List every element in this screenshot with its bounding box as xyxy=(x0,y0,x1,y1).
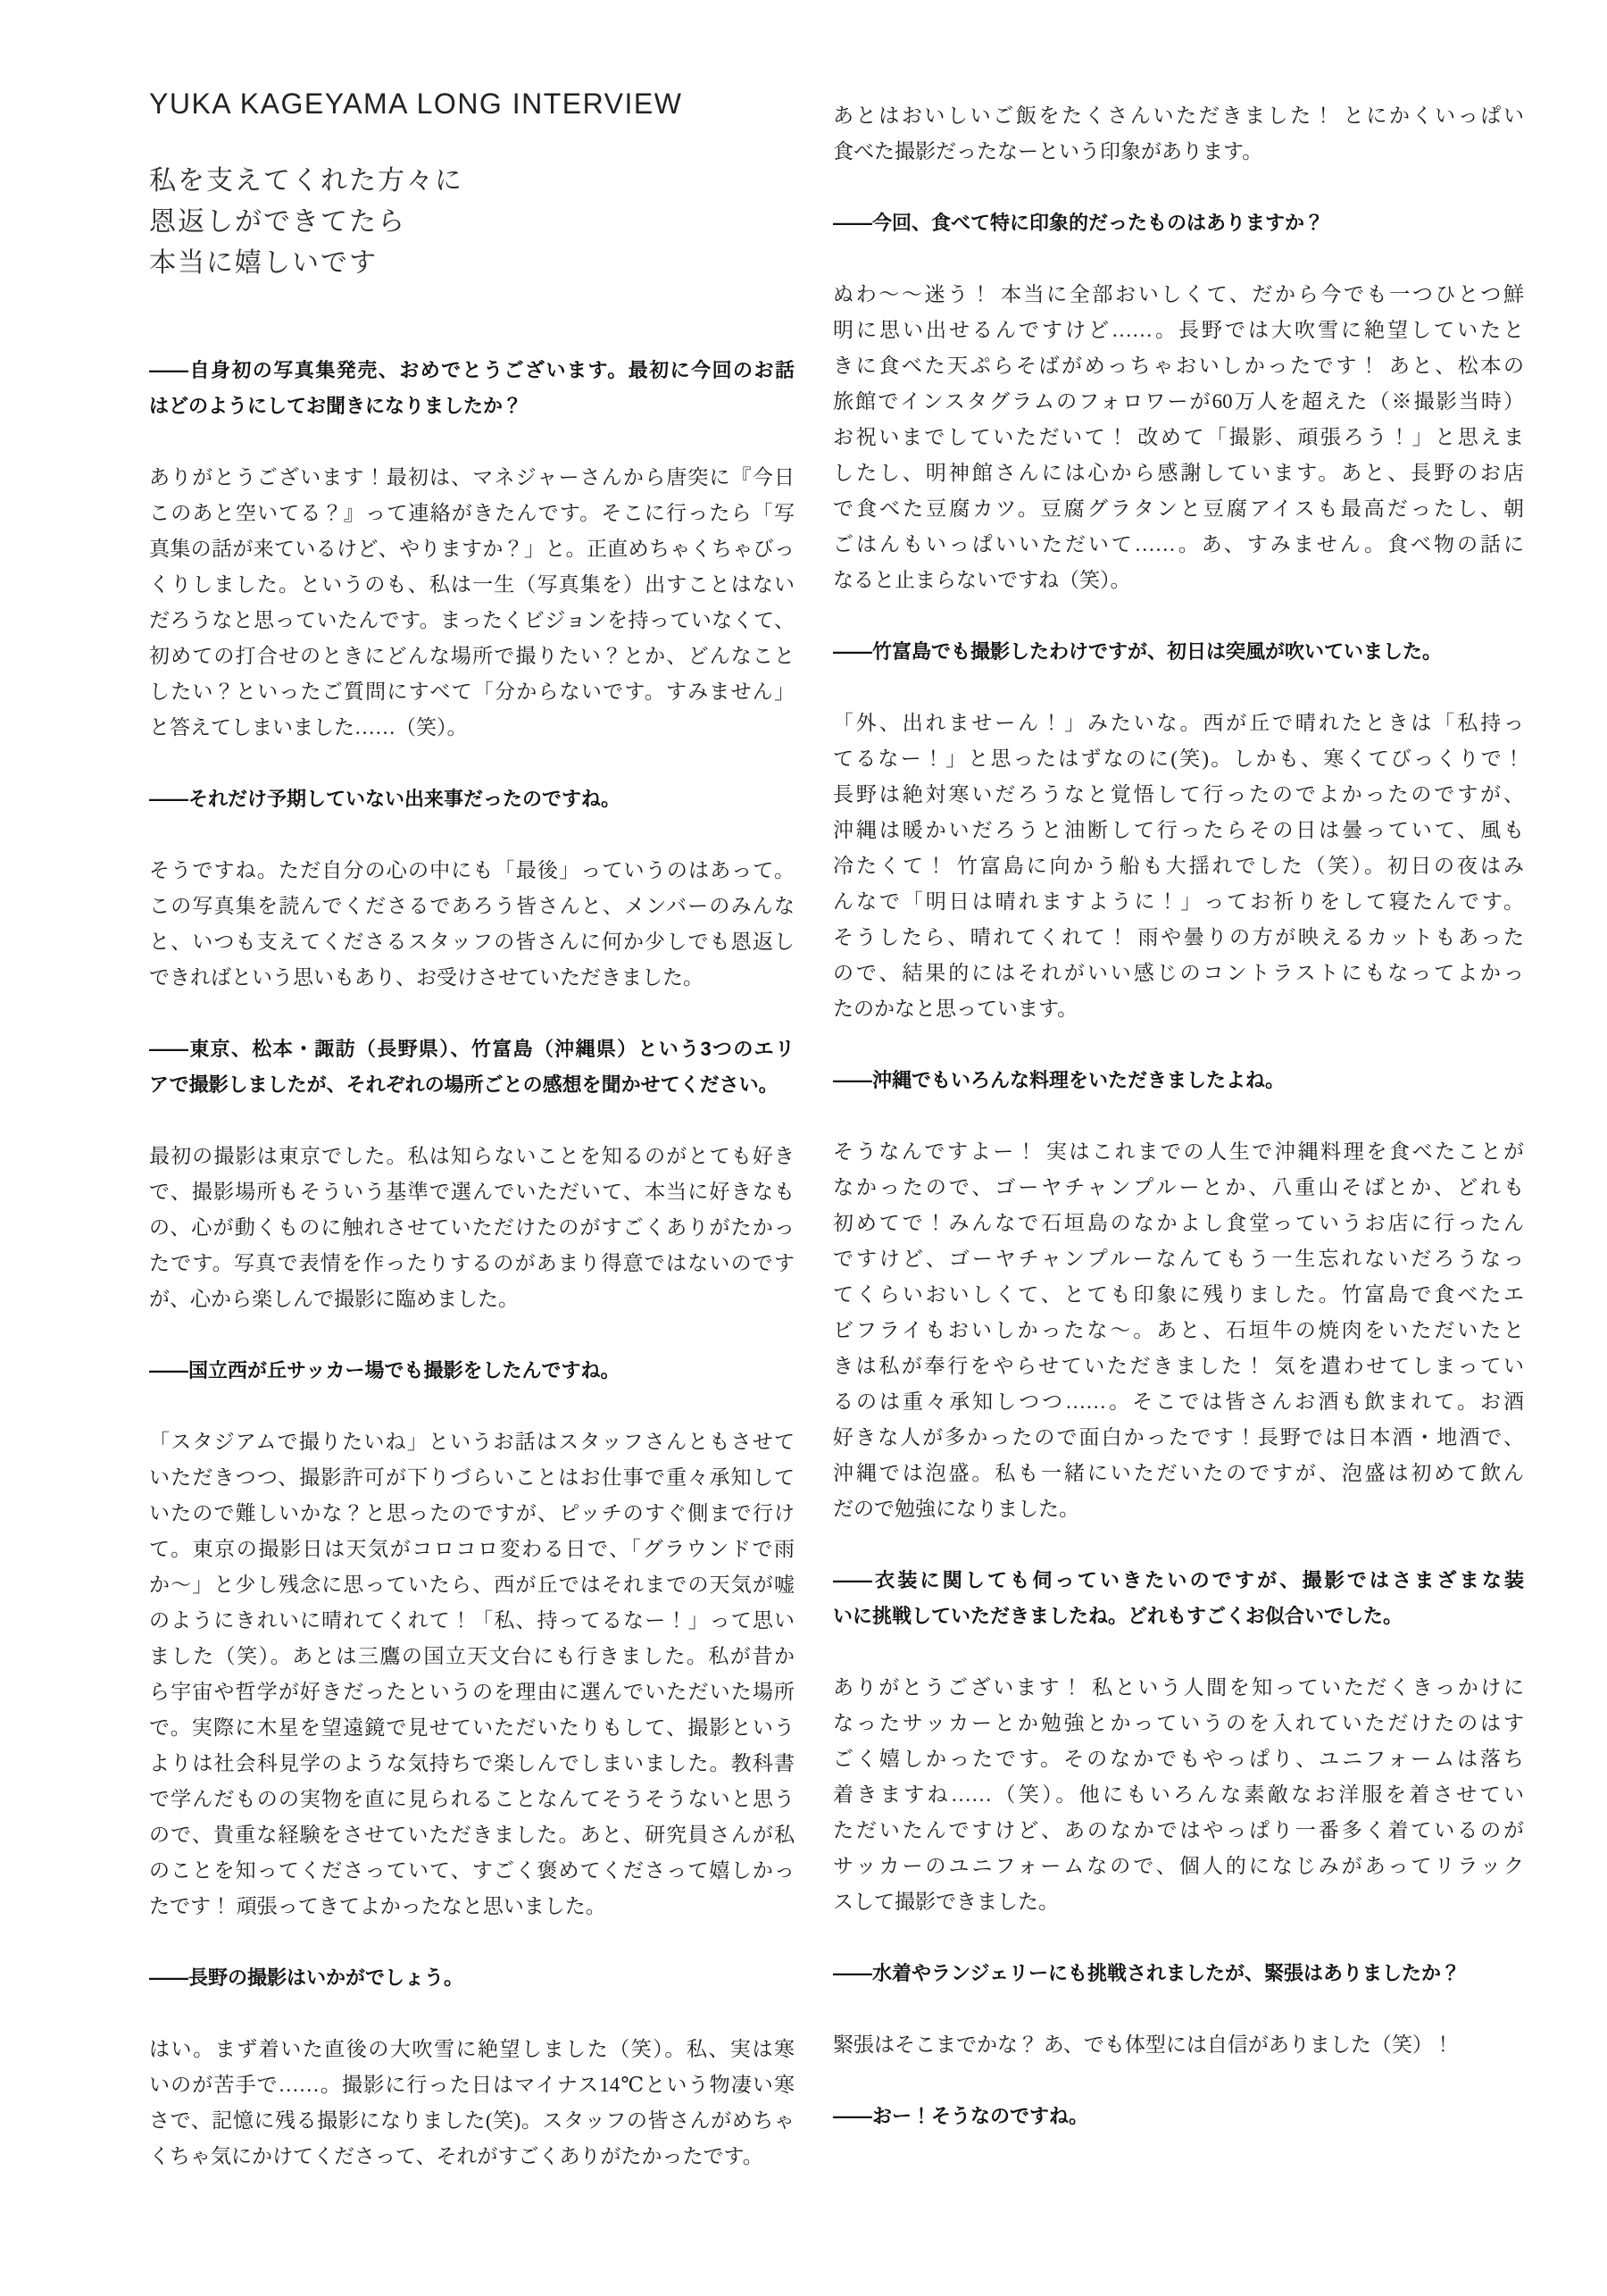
text-line: 真集の話が来ているけど、やりますか？」と。正直めちゃくちゃびっ xyxy=(149,531,795,567)
text-line: るのは重々承知しつつ……。そこでは皆さんお酒も飲まれて。お酒 xyxy=(833,1384,1524,1420)
text-line: 最初の撮影は東京でした。私は知らないことを知るのがとても好き xyxy=(149,1139,795,1174)
text-line: 冷たくて！ 竹富島に向かう船も大揺れでした（笑）。初日の夜はみ xyxy=(833,848,1524,884)
interview-answer: ぬわ～～迷う！ 本当に全部おいしくて、だから今でも一つひとつ鮮明に思い出せるんで… xyxy=(833,277,1524,598)
text-line: ——おー！そうなのですね。 xyxy=(833,2099,1524,2134)
text-line: で学んだものの実物を直に見られることなんてそうそうないと思う xyxy=(149,1782,795,1817)
text-line: くりしました。というのも、私は一生（写真集を）出すことはない xyxy=(149,567,795,603)
text-line: ——東京、松本・諏訪（長野県）、竹富島（沖縄県）という3つのエリ xyxy=(149,1031,795,1067)
text-line: さで、記憶に残る撮影になりました(笑)。スタッフの皆さんがめちゃ xyxy=(149,2103,795,2139)
text-line: このあと空いてる？』って連絡がきたんです。そこに行ったら「写 xyxy=(149,496,795,531)
text-line: と答えてしまいました……（笑）。 xyxy=(149,710,795,746)
text-line: きは私が奉行をやらせていただきました！ 気を遣わせてしまってい xyxy=(833,1348,1524,1384)
text-line: したし、明神館さんには心から感謝しています。あと、長野のお店 xyxy=(833,455,1524,491)
text-line: ら宇宙や哲学が好きだったというのを理由に選んでいただいた場所 xyxy=(149,1674,795,1710)
text-line: が、心から楽しんで撮影に臨めました。 xyxy=(149,1282,795,1317)
text-line: だろうなと思っていたんです。まったくビジョンを持っていなくて、 xyxy=(149,603,795,639)
text-line: そうですね。ただ自分の心の中にも「最後」っていうのはあって。 xyxy=(149,853,795,889)
text-line: たのかなと思っています。 xyxy=(833,991,1524,1027)
interview-answer: あとはおいしいご飯をたくさんいただきました！ とにかくいっぱい食べた撮影だったな… xyxy=(833,98,1524,170)
interview-question: ——衣装に関しても伺っていきたいのですが、撮影ではさまざまな装いに挑戦していただ… xyxy=(833,1563,1524,1634)
text-line: あとはおいしいご飯をたくさんいただきました！ とにかくいっぱい xyxy=(833,98,1524,134)
right-column-text: あとはおいしいご飯をたくさんいただきました！ とにかくいっぱい食べた撮影だったな… xyxy=(833,98,1524,2134)
interview-answer: はい。まず着いた直後の大吹雪に絶望しました（笑）。私、実は寒いのが苦手で……。撮… xyxy=(149,2032,795,2175)
text-line: ただいたんですけど、あのなかではやっぱり一番多く着ているのが xyxy=(833,1813,1524,1849)
text-line: ——水着やランジェリーにも挑戦されましたが、緊張はありましたか？ xyxy=(833,1956,1524,1991)
interview-question: ——それだけ予期していない出来事だったのですね。 xyxy=(149,781,795,817)
interview-answer: そうなんですよー！ 実はこれまでの人生で沖縄料理を食べたことがなかったので、ゴー… xyxy=(833,1134,1524,1527)
text-line: てるなー！」と思ったはずなのに(笑)。しかも、寒くてびっくりで！ xyxy=(833,741,1524,777)
text-line: アで撮影しましたが、それぞれの場所ごとの感想を聞かせてください。 xyxy=(149,1067,795,1103)
interview-answer: 最初の撮影は東京でした。私は知らないことを知るのがとても好きで、撮影場所もそうい… xyxy=(149,1139,795,1317)
headline: 私を支えてくれた方々に 恩返しができてたら 本当に嬉しいです xyxy=(149,161,795,284)
text-line: たです。写真で表情を作ったりするのがあまり得意ではないのです xyxy=(149,1246,795,1282)
text-line: 初めてで！みんなで石垣島のなかよし食堂っていうお店に行ったん xyxy=(833,1206,1524,1241)
text-line: ——今回、食べて特に印象的だったものはありますか？ xyxy=(833,205,1524,241)
text-line: なかったので、ゴーヤチャンプルーとか、八重山そばとか、どれも xyxy=(833,1170,1524,1206)
text-line: ビフライもおいしかったな～。あと、石垣牛の焼肉をいただいたと xyxy=(833,1313,1524,1348)
text-line: ですけど、ゴーヤチャンプルーなんてもう一生忘れないだろうなっ xyxy=(833,1241,1524,1277)
text-line: だので勉強になりました。 xyxy=(833,1491,1524,1527)
text-line: ので、貴重な経験をさせていただきました。あと、研究員さんが私 xyxy=(149,1817,795,1853)
text-line: ぬわ～～迷う！ 本当に全部おいしくて、だから今でも一つひとつ鮮 xyxy=(833,277,1524,313)
left-column: YUKA KAGEYAMA LONG INTERVIEW 私を支えてくれた方々に… xyxy=(149,0,795,2175)
text-line: 沖縄は暖かいだろうと油断して行ったらその日は曇っていて、風も xyxy=(833,813,1524,848)
text-line: いに挑戦していただきましたね。どれもすごくお似合いでした。 xyxy=(833,1599,1524,1634)
text-line: なると止まらないですね（笑）。 xyxy=(833,563,1524,598)
text-line: 沖縄では泡盛。私も一緒にいただいたのですが、泡盛は初めて飲ん xyxy=(833,1456,1524,1491)
text-line: のことを知ってくださっていて、すごく褒めてくださって嬉しかっ xyxy=(149,1853,795,1889)
text-line: くちゃ気にかけてくださって、それがすごくありがたかったです。 xyxy=(149,2139,795,2175)
text-line: ——国立西が丘サッカー場でも撮影をしたんですね。 xyxy=(149,1353,795,1389)
text-line: 明に思い出せるんですけど……。長野では大吹雪に絶望していたと xyxy=(833,313,1524,348)
text-line: ——衣装に関しても伺っていきたいのですが、撮影ではさまざまな装 xyxy=(833,1563,1524,1599)
interview-answer: そうですね。ただ自分の心の中にも「最後」っていうのはあって。この写真集を読んでく… xyxy=(149,853,795,996)
interview-question: ——水着やランジェリーにも挑戦されましたが、緊張はありましたか？ xyxy=(833,1956,1524,1991)
text-line: ——長野の撮影はいかがでしょう。 xyxy=(149,1960,795,1996)
text-line: ——それだけ予期していない出来事だったのですね。 xyxy=(149,781,795,817)
text-line: この写真集を読んでくださるであろう皆さんと、メンバーのみんな xyxy=(149,889,795,924)
text-line: ——竹富島でも撮影したわけですが、初日は突風が吹いていました。 xyxy=(833,634,1524,670)
right-column: あとはおいしいご飯をたくさんいただきました！ とにかくいっぱい食べた撮影だったな… xyxy=(833,0,1524,2134)
text-line: 初めての打合せのときにどんな場所で撮りたい？とか、どんなこと xyxy=(149,639,795,674)
headline-line: 恩返しができてたら xyxy=(149,202,795,243)
text-line: 旅館でインスタグラムのフォロワーが60万人を超えた（※撮影当時） xyxy=(833,384,1524,420)
text-line: たです！ 頑張ってきてよかったなと思いました。 xyxy=(149,1889,795,1924)
text-line: ので、結果的にはそれがいい感じのコントラストにもなってよかっ xyxy=(833,956,1524,991)
interview-question: ——竹富島でも撮影したわけですが、初日は突風が吹いていました。 xyxy=(833,634,1524,670)
interview-question: ——国立西が丘サッカー場でも撮影をしたんですね。 xyxy=(149,1353,795,1389)
interview-question: ——沖縄でもいろんな料理をいただきましたよね。 xyxy=(833,1063,1524,1098)
headline-line: 本当に嬉しいです xyxy=(149,243,795,284)
text-line: ありがとうございます！ 私という人間を知っていただくきっかけに xyxy=(833,1670,1524,1706)
interview-question: ——おー！そうなのですね。 xyxy=(833,2099,1524,2134)
text-line: きに食べた天ぷらそばがめっちゃおいしかったです！ あと、松本の xyxy=(833,348,1524,384)
interview-answer: 緊張はそこまでかな？ あ、でも体型には自信がありました（笑）！ xyxy=(833,2027,1524,2063)
headline-line: 私を支えてくれた方々に xyxy=(149,161,795,202)
text-line: のようにきれいに晴れてくれて！「私、持ってるなー！」って思い xyxy=(149,1603,795,1639)
interview-question: ——今回、食べて特に印象的だったものはありますか？ xyxy=(833,205,1524,241)
interview-question: ——自身初の写真集発売、おめでとうございます。最初に今回のお話はどのようにしてお… xyxy=(149,353,795,424)
text-line: いただきつつ、撮影許可が下りづらいことはお仕事で重々承知して xyxy=(149,1460,795,1496)
text-line: で、撮影場所もそういう基準で選んでいただいて、本当に好きなも xyxy=(149,1174,795,1210)
text-line: ごく嬉しかったです。そのなかでもやっぱり、ユニフォームは落ち xyxy=(833,1741,1524,1777)
text-line: ありがとうございます！最初は、マネジャーさんから唐突に『今日 xyxy=(149,460,795,496)
interview-page: YUKA KAGEYAMA LONG INTERVIEW 私を支えてくれた方々に… xyxy=(0,0,1607,2296)
text-line: と、いつも支えてくださるスタッフの皆さんに何か少しでも恩返し xyxy=(149,924,795,960)
text-line: いのが苦手で……。撮影に行った日はマイナス14℃という物凄い寒 xyxy=(149,2067,795,2103)
text-line: いたので難しいかな？と思ったのですが、ピッチのすぐ側まで行け xyxy=(149,1496,795,1532)
text-line: て。東京の撮影日は天気がコロコロ変わる日で、「グラウンドで雨 xyxy=(149,1532,795,1567)
text-line: できればという思いもあり、お受けさせていただきました。 xyxy=(149,960,795,996)
text-line: ごはんもいっぱいいただいて……。あ、すみません。食べ物の話に xyxy=(833,527,1524,563)
text-line: 長野は絶対寒いだろうなと覚悟して行ったのでよかったのですが、 xyxy=(833,777,1524,813)
text-line: お祝いまでしていただいて！ 改めて「撮影、頑張ろう！」と思えま xyxy=(833,420,1524,455)
interview-answer: ありがとうございます！最初は、マネジャーさんから唐突に『今日このあと空いてる？』… xyxy=(149,460,795,746)
text-line: 「外、出れませーん！」みたいな。西が丘で晴れたときは「私持っ xyxy=(833,705,1524,741)
text-line: はどのようにしてお聞きになりましたか？ xyxy=(149,388,795,424)
text-line: んなで「明日は晴れますように！」ってお祈りをして寝たんです。 xyxy=(833,884,1524,920)
text-line: 食べた撮影だったなーという印象があります。 xyxy=(833,134,1524,170)
interview-answer: 「外、出れませーん！」みたいな。西が丘で晴れたときは「私持ってるなー！」と思った… xyxy=(833,705,1524,1027)
text-line: てくらいおいしくて、とても印象に残りました。竹富島で食べたエ xyxy=(833,1277,1524,1313)
text-line: ——沖縄でもいろんな料理をいただきましたよね。 xyxy=(833,1063,1524,1098)
text-line: したい？といったご質問にすべて「分からないです。すみません」 xyxy=(149,674,795,710)
interview-answer: ありがとうございます！ 私という人間を知っていただくきっかけになったサッカーとか… xyxy=(833,1670,1524,1920)
text-line: ました（笑）。あとは三鷹の国立天文台にも行きました。私が昔か xyxy=(149,1639,795,1674)
left-column-text: ——自身初の写真集発売、おめでとうございます。最初に今回のお話はどのようにしてお… xyxy=(149,353,795,2175)
text-line: 「スタジアムで撮りたいね」というお話はスタッフさんともさせて xyxy=(149,1424,795,1460)
text-line: そうしたら、晴れてくれて！ 雨や曇りの方が映えるカットもあった xyxy=(833,920,1524,956)
text-line: ——自身初の写真集発売、おめでとうございます。最初に今回のお話 xyxy=(149,353,795,388)
text-line: スして撮影できました。 xyxy=(833,1884,1524,1920)
text-line: よりは社会科見学のような気持ちで楽しんでしまいました。教科書 xyxy=(149,1746,795,1782)
interview-question: ——東京、松本・諏訪（長野県）、竹富島（沖縄県）という3つのエリアで撮影しました… xyxy=(149,1031,795,1103)
interview-answer: 「スタジアムで撮りたいね」というお話はスタッフさんともさせていただきつつ、撮影許… xyxy=(149,1424,795,1924)
interview-question: ——長野の撮影はいかがでしょう。 xyxy=(149,1960,795,1996)
text-line: で食べた豆腐カツ。豆腐グラタンと豆腐アイスも最高だったし、朝 xyxy=(833,491,1524,527)
text-line: 好きな人が多かったので面白かったです！長野では日本酒・地酒で、 xyxy=(833,1420,1524,1456)
text-line: はい。まず着いた直後の大吹雪に絶望しました（笑）。私、実は寒 xyxy=(149,2032,795,2067)
text-line: なったサッカーとか勉強とかっていうのを入れていただけたのはす xyxy=(833,1706,1524,1741)
text-line: か～」と少し残念に思っていたら、西が丘ではそれまでの天気が嘘 xyxy=(149,1567,795,1603)
text-line: そうなんですよー！ 実はこれまでの人生で沖縄料理を食べたことが xyxy=(833,1134,1524,1170)
text-line: サッカーのユニフォームなので、個人的になじみがあってリラック xyxy=(833,1849,1524,1884)
text-line: の、心が動くものに触れさせていただけたのがすごくありがたかっ xyxy=(149,1210,795,1246)
page-title: YUKA KAGEYAMA LONG INTERVIEW xyxy=(149,0,795,121)
text-line: 緊張はそこまでかな？ あ、でも体型には自信がありました（笑）！ xyxy=(833,2027,1524,2063)
text-line: で。実際に木星を望遠鏡で見せていただいたりもして、撮影という xyxy=(149,1710,795,1746)
text-line: 着きますね……（笑）。他にもいろんな素敵なお洋服を着させてい xyxy=(833,1777,1524,1813)
